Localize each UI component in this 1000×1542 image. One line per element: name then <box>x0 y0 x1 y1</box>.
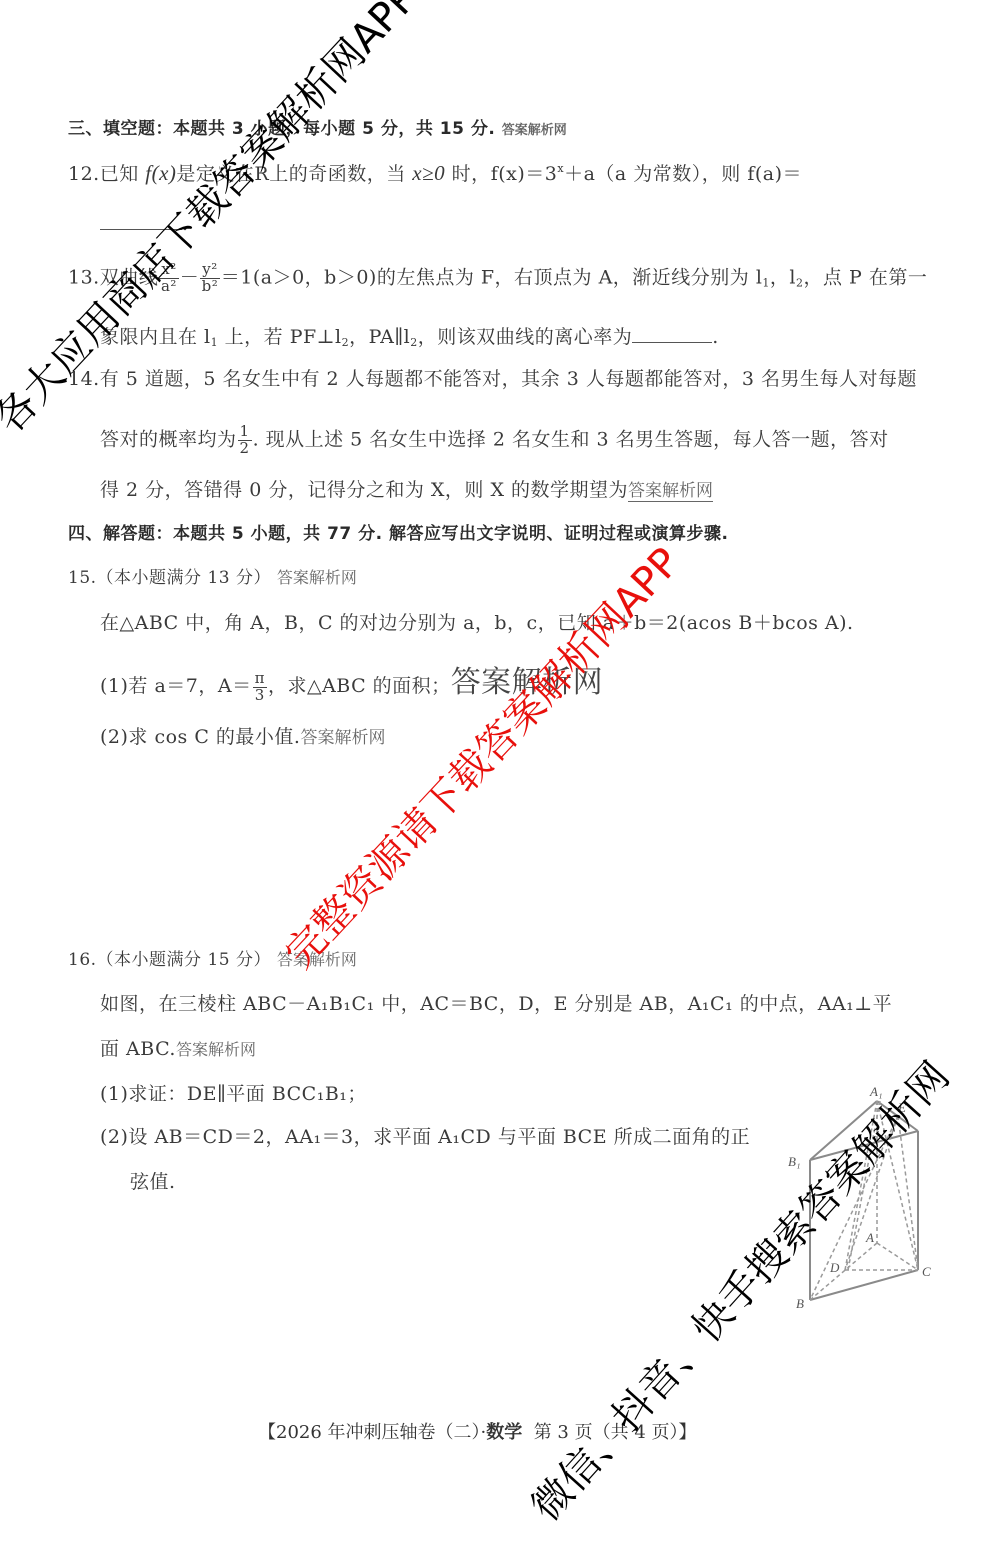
q14-text: 得 2 分，答错得 0 分，记得分之和为 X，则 X 的数学期望为 <box>100 479 628 501</box>
question-13-line2: 象限内且在 l1 上，若 PF⊥l2，PA∥l2，则该双曲线的离心率为. <box>100 325 719 348</box>
q14-text: . 现从上述 5 名女生中选择 2 名女生和 3 名男生答题，每人答一题，答对 <box>253 428 889 450</box>
answer-blank[interactable]: 答案解析网 <box>628 481 713 502</box>
section4-heading: 四、解答题：本题共 5 小题，共 77 分. 解答应写出文字说明、证明过程或演算… <box>68 526 729 543</box>
label-B1: B₁ <box>788 1154 800 1169</box>
footer-subject: 数学 <box>486 1422 522 1443</box>
q13-text: 上，若 PF⊥l <box>218 326 342 348</box>
question-13-line1: 13.双曲线x²a²－y²b²＝1(a＞0，b＞0)的左焦点为 F，右顶点为 A… <box>68 262 927 295</box>
q16-stem-text: 面 ABC. <box>100 1038 176 1060</box>
q13-text: ＝1(a＞0，b＞0)的左焦点为 F，右顶点为 A，渐近线分别为 l <box>221 266 763 288</box>
q13-text: ，PA∥l <box>349 326 410 348</box>
q12-condition: x≥0 <box>412 161 445 185</box>
fraction: π3 <box>253 671 267 704</box>
q15-part2-text: (2)求 cos C 的最小值. <box>100 726 300 748</box>
q12-text: 已知 <box>100 163 146 185</box>
q16-stem-text: 如图，在三棱柱 ABC－A₁B₁C₁ 中，AC＝BC，D，E 分别是 AB，A₁… <box>100 993 892 1015</box>
q15-part1-text: ，求△ABC 的面积； <box>268 675 451 697</box>
question-14-line1: 14.有 5 道题，5 名女生中有 2 人每题都不能答对，其余 3 人每题都能答… <box>68 370 917 389</box>
q13-text: ，则该双曲线的离心率为 <box>418 326 633 348</box>
q15-part1-text: (1)若 a＝7，A＝ <box>100 675 252 697</box>
inline-watermark: 答案解析网 <box>300 728 385 748</box>
question-16-part2-line1: (2)设 AB＝CD＝2，AA₁＝3，求平面 A₁CD 与平面 BCE 所成二面… <box>100 1128 750 1147</box>
q16-header-text: 16.（本小题满分 15 分） <box>68 950 271 970</box>
q13-text: ，点 P 在第一 <box>804 266 928 288</box>
q12-expr: f(x)＝3 <box>491 163 558 185</box>
q12-text: 时， <box>445 163 491 185</box>
q16-part2-text: (2)设 AB＝CD＝2，AA₁＝3，求平面 A₁CD 与平面 BCE 所成二面… <box>100 1126 750 1148</box>
q12-text: ＋a（a 为常数），则 f(a)＝ <box>564 163 802 185</box>
frac-num: π <box>253 671 267 688</box>
frac-den: b² <box>202 279 219 295</box>
question-16-part1: (1)求证：DE∥平面 BCC₁B₁； <box>100 1085 367 1104</box>
section3-heading: 三、填空题：本题共 3 小题，每小题 5 分，共 15 分. 答案解析网 <box>68 121 567 138</box>
q12-fx: f(x) <box>145 161 176 185</box>
q13-text: ，l <box>770 266 796 288</box>
label-A1: A₁ <box>869 1084 882 1099</box>
question-15-stem: 在△ABC 中，角 A，B，C 的对边分别为 a，b，c，已知 a＋b＝2(ac… <box>100 614 854 633</box>
fraction: y²b² <box>200 262 220 295</box>
question-16-stem-line1: 如图，在三棱柱 ABC－A₁B₁C₁ 中，AC＝BC，D，E 分别是 AB，A₁… <box>100 995 892 1014</box>
question-14-line3: 得 2 分，答错得 0 分，记得分之和为 X，则 X 的数学期望为答案解析网 <box>100 481 713 500</box>
q15-stem-text: 在△ABC 中，角 A，B，C 的对边分别为 a，b，c，已知 a＋b＝2(ac… <box>100 612 854 634</box>
answer-blank[interactable] <box>632 325 712 343</box>
frac-den: 3 <box>255 688 265 704</box>
question-12-line1: 12.已知 f(x)是定义在R上的奇函数，当 x≥0 时，f(x)＝3x＋a（a… <box>68 163 802 184</box>
inline-watermark: 答案解析网 <box>176 1040 256 1059</box>
question-number: 12. <box>68 163 100 185</box>
question-number: 13. <box>68 266 100 288</box>
label-A: A <box>865 1230 874 1245</box>
inline-watermark: 答案解析网 <box>277 568 357 587</box>
footer-title: 【2026 年冲刺压轴卷（二）· <box>258 1422 486 1443</box>
fraction: 12 <box>238 424 252 457</box>
q14-text: 14.有 5 道题，5 名女生中有 2 人每题都不能答对，其余 3 人每题都能答… <box>68 368 917 390</box>
inline-watermark: 答案解析网 <box>502 123 567 138</box>
label-D: D <box>829 1260 840 1275</box>
label-C: C <box>922 1264 931 1279</box>
period: . <box>712 326 719 348</box>
question-14-line2: 答对的概率均为12. 现从上述 5 名女生中选择 2 名女生和 3 名男生答题，… <box>100 424 889 457</box>
question-16-stem-line2: 面 ABC.答案解析网 <box>100 1040 256 1059</box>
q14-text: 答对的概率均为 <box>100 428 237 450</box>
label-B: B <box>796 1296 804 1311</box>
watermark-center-red: 完整资源请下载答案解析网APP <box>279 541 687 975</box>
question-15-header: 15.（本小题满分 13 分） 答案解析网 <box>68 570 357 587</box>
q15-header-text: 15.（本小题满分 13 分） <box>68 568 271 588</box>
q16-part2-text: 弦值. <box>130 1171 176 1193</box>
question-16-part2-line2: 弦值. <box>130 1173 176 1192</box>
minus: － <box>180 266 200 288</box>
section4-heading-text: 四、解答题：本题共 5 小题，共 77 分. 解答应写出文字说明、证明过程或演算… <box>68 524 729 544</box>
q16-part1-text: (1)求证：DE∥平面 BCC₁B₁； <box>100 1083 367 1105</box>
frac-den: 2 <box>240 441 250 457</box>
question-15-part2: (2)求 cos C 的最小值.答案解析网 <box>100 728 385 747</box>
